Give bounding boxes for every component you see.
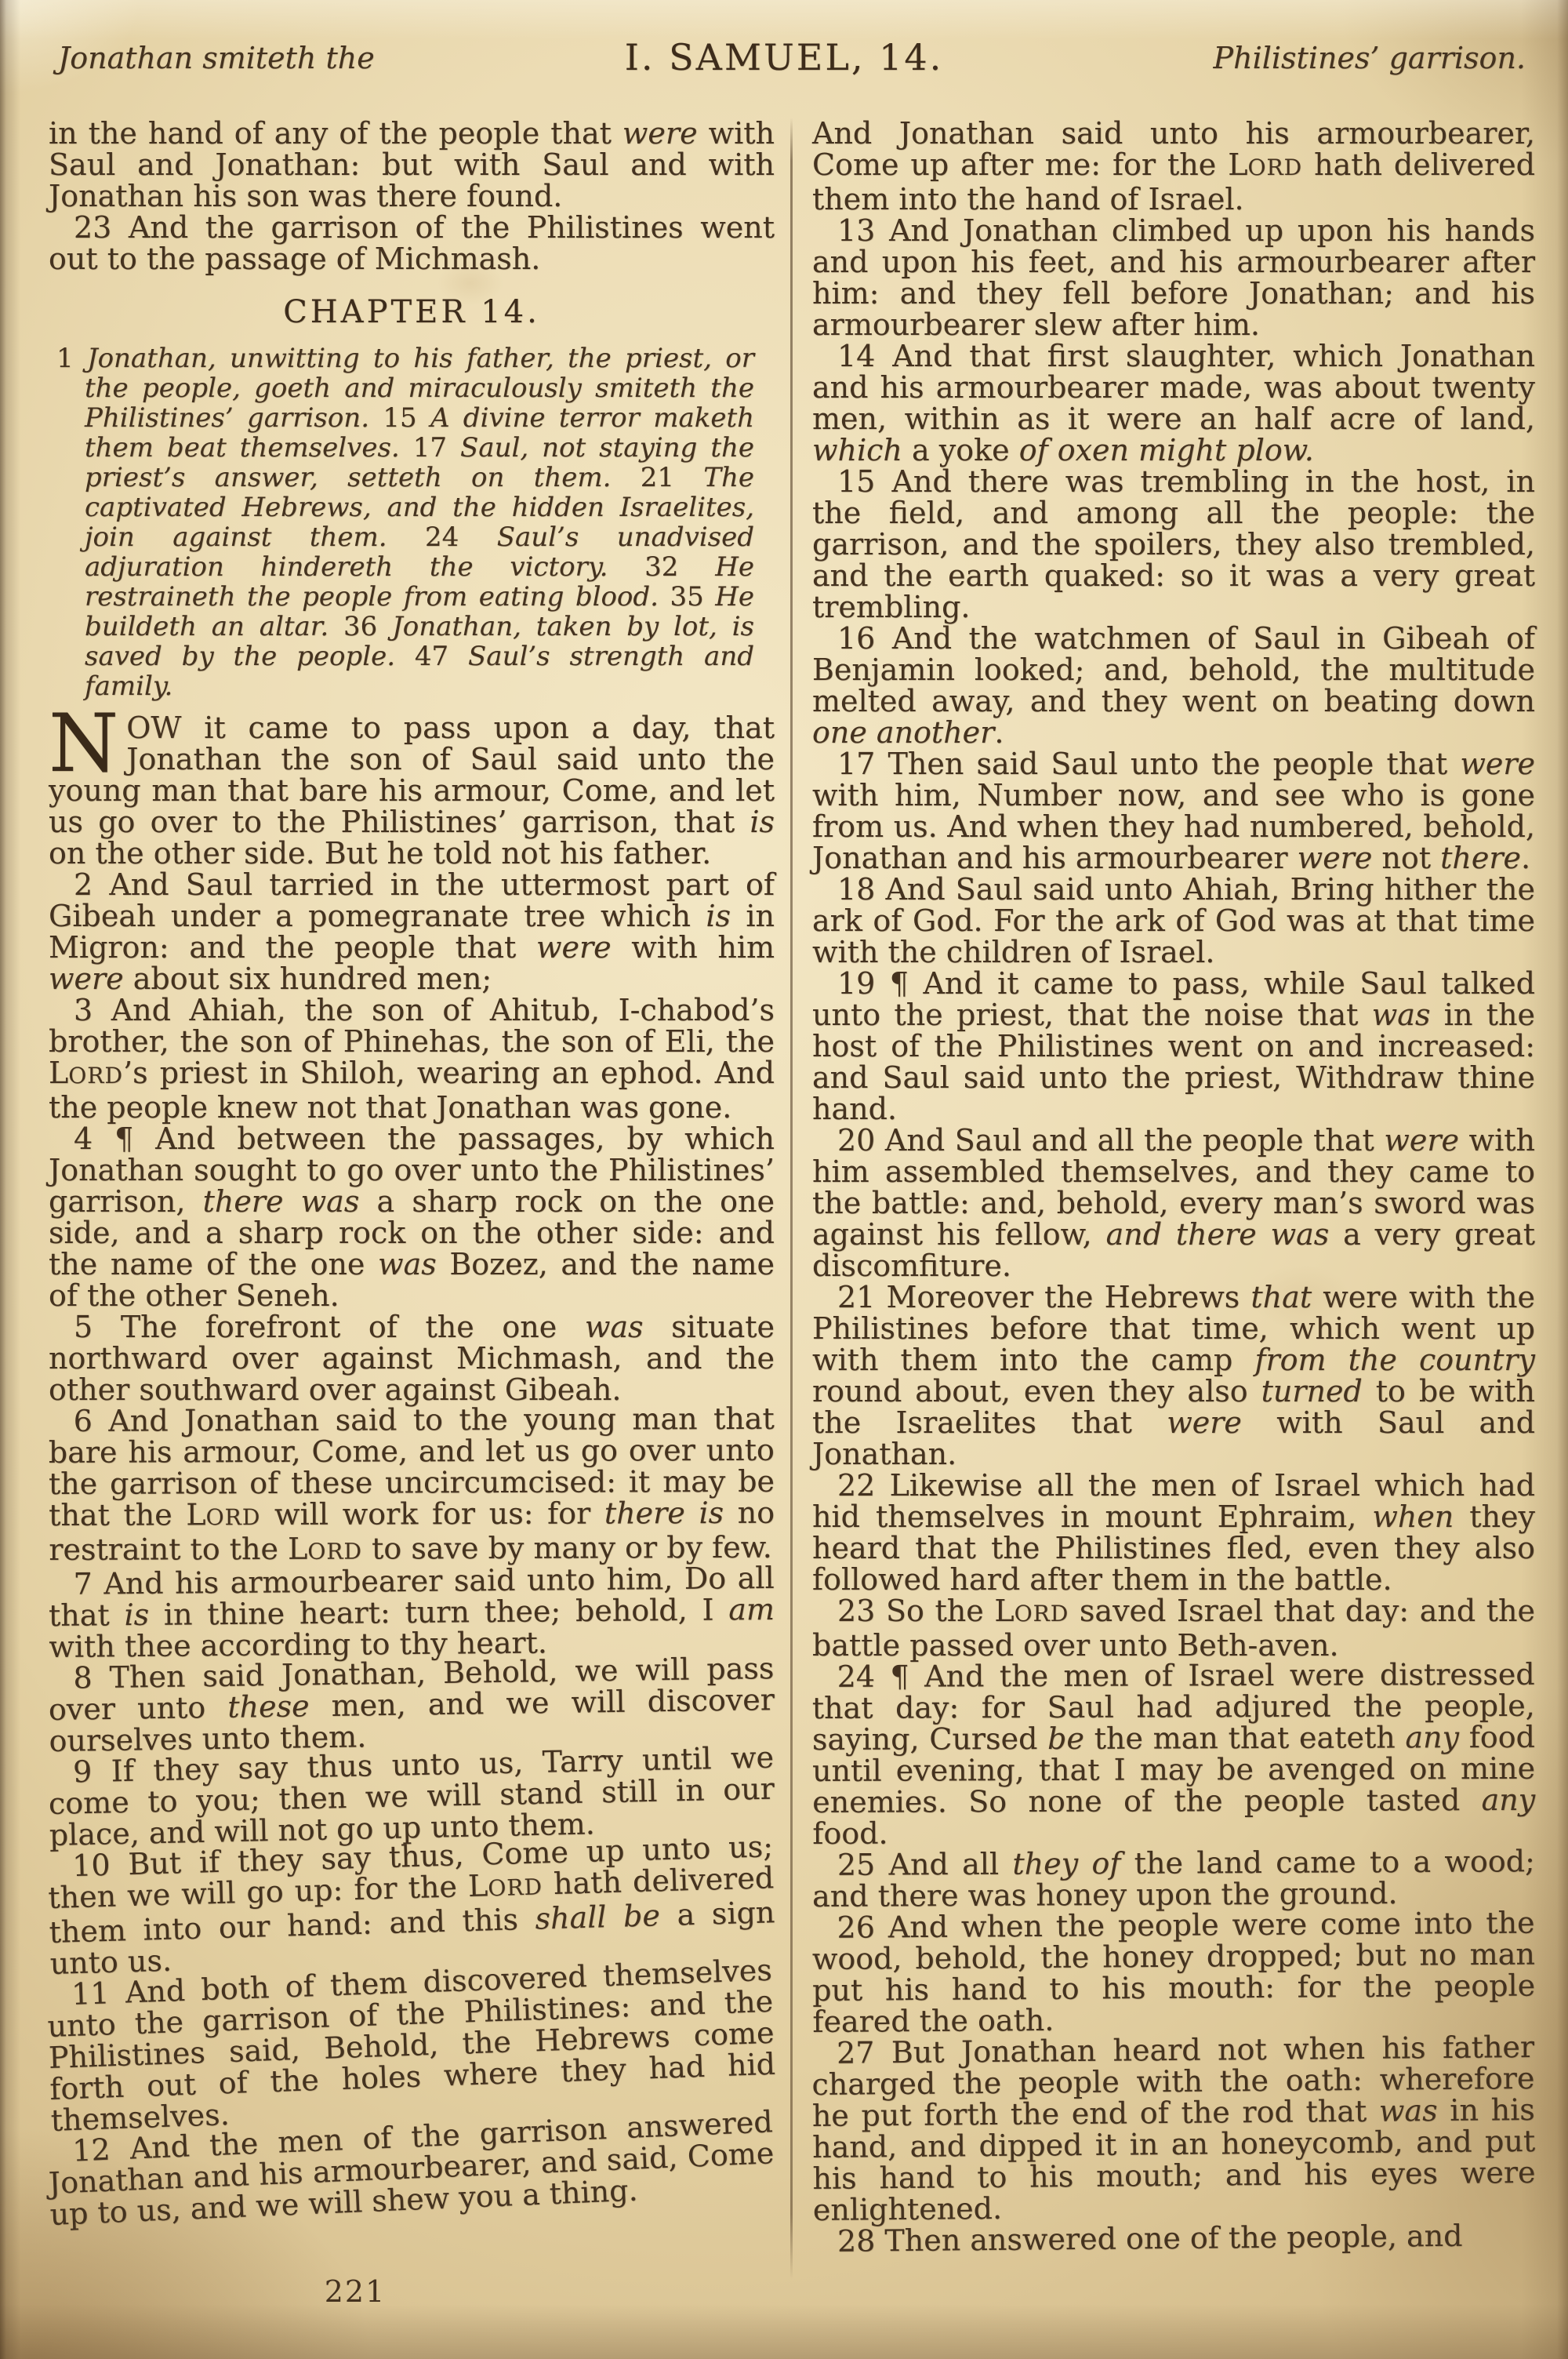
text-run: 23 So the L	[837, 1594, 1014, 1628]
verse-14-28: 28 Then answered one of the people, and	[812, 2219, 1535, 2257]
running-head-right: Philistines’ garrison.	[1214, 41, 1526, 75]
text-run: 20 And Saul and all the people that	[837, 1123, 1384, 1158]
italic-text-run: turned	[1261, 1374, 1363, 1408]
text-run: 26 And when the people were come into th…	[812, 1906, 1536, 2039]
verse-14-15: 15 And there was trembling in the host, …	[812, 466, 1535, 623]
book-title: I. SAMUEL, 14.	[625, 36, 944, 78]
verse-14-13: 13 And Jonathan climbed up upon his hand…	[812, 215, 1535, 340]
text-run: 47	[415, 641, 468, 672]
verse-14-5: 5 The forefront of the one was situate n…	[49, 1311, 775, 1405]
verse-14-12-continuation: And Jonathan said unto his armourbearer,…	[812, 118, 1535, 215]
verse-14-16: 16 And the watchmen of Saul in Gibeah of…	[812, 623, 1535, 748]
text-run: not	[1372, 841, 1440, 875]
drop-cap: N	[49, 714, 118, 775]
text-run: in the hand of any of the people that	[49, 116, 622, 151]
text-run: 14 And that first slaughter, which Jonat…	[812, 339, 1535, 436]
verse-14-8: 8 Then said Jonathan, Behold, we will pa…	[48, 1652, 775, 1757]
italic-text-run: were	[49, 961, 124, 996]
verse-14-1: NOW it came to pass upon a day, that Jon…	[49, 712, 775, 869]
text-column-left: in the hand of any of the people that we…	[49, 118, 775, 2230]
text-run: 23 And the garrison of the Philistines w…	[49, 210, 775, 276]
italic-text-run: of oxen might plow.	[1019, 433, 1314, 467]
italic-text-run: were	[1384, 1123, 1459, 1158]
verse-14-3: 3 And Ahiah, the son of Ahitub, I-chabod…	[49, 994, 775, 1123]
text-run: 36	[343, 611, 392, 642]
text-column-right: And Jonathan said unto his armourbearer,…	[812, 118, 1535, 2257]
italic-text-run: any	[1482, 1783, 1536, 1817]
text-run: a yoke	[902, 433, 1019, 467]
text-run: with him	[612, 930, 775, 965]
verse-14-17: 17 Then said Saul unto the people that w…	[812, 748, 1535, 874]
small-caps-lord: ORD	[307, 1539, 362, 1565]
text-run: 2 And Saul tarried in the uttermost part…	[49, 867, 775, 933]
italic-text-run: these	[227, 1688, 310, 1724]
text-run: 1	[56, 343, 87, 374]
italic-text-run: were	[1167, 1405, 1242, 1440]
chapter-summary: 1 Jonathan, unwitting to his father, the…	[56, 343, 754, 701]
text-run: 21	[641, 462, 704, 493]
text-run: 13 And Jonathan climbed up upon his hand…	[812, 213, 1535, 342]
italic-text-run: was	[1372, 998, 1431, 1032]
drop-cap-lead: OW	[126, 711, 181, 745]
text-run: the man that eateth	[1084, 1720, 1406, 1755]
verse-14-23: 23 So the LORD saved Israel that day: an…	[812, 1595, 1535, 1661]
small-caps-lord: ORD	[1247, 154, 1302, 180]
verse-14-14: 14 And that first slaughter, which Jonat…	[812, 340, 1535, 466]
running-head-left: Jonathan smiteth the	[58, 41, 375, 75]
text-run: will work for us: for	[260, 1496, 604, 1532]
verse-13-22-continuation: in the hand of any of the people that we…	[49, 118, 775, 212]
italic-text-run: were	[1298, 841, 1373, 875]
page: Jonathan smiteth the I. SAMUEL, 14. Phil…	[0, 0, 1568, 2359]
italic-text-run: from the country	[1254, 1343, 1535, 1377]
text-run: 15	[383, 402, 430, 434]
text-run: 16 And the watchmen of Saul in Gibeah of…	[812, 621, 1535, 718]
italic-text-run: shall be	[535, 1898, 661, 1936]
text-run: 5 The forefront of the one	[74, 1310, 585, 1344]
chapter-heading: CHAPTER 14.	[49, 296, 775, 328]
text-run: 32	[644, 551, 715, 583]
italic-text-run: was	[1379, 2093, 1438, 2128]
italic-text-run: is	[124, 1598, 149, 1632]
column-divider-rule	[790, 118, 793, 2279]
text-run: 28 Then answered one of the people, and	[837, 2219, 1463, 2259]
verse-14-26: 26 And when the people were come into th…	[811, 1907, 1535, 2037]
text-run: 18 And Saul said unto Ahiah, Bring hithe…	[812, 872, 1535, 969]
verse-14-24: 24 ¶ And the men of Israel were distress…	[812, 1659, 1536, 1849]
small-caps-lord: ORD	[206, 1504, 261, 1530]
italic-text-run: and there was	[1106, 1217, 1330, 1252]
text-run: 25 And all	[837, 1847, 1013, 1882]
text-run: on the other side. But he told not his f…	[49, 836, 711, 871]
italic-text-run: there	[1440, 841, 1521, 875]
text-run: 17 Then said Saul unto the people that	[837, 747, 1460, 781]
text-run: .	[1521, 841, 1530, 875]
text-run: about six hundred men;	[124, 961, 492, 996]
italic-text-run: there was	[203, 1184, 360, 1219]
verse-14-19: 19 ¶ And it came to pass, while Saul tal…	[812, 968, 1535, 1125]
verse-14-25: 25 And all they of the land came to a wo…	[812, 1845, 1535, 1912]
text-run: 35	[670, 581, 715, 612]
italic-text-run: am	[728, 1592, 775, 1627]
italic-text-run: was	[585, 1310, 644, 1344]
small-caps-lord: ORD	[68, 1063, 123, 1089]
italic-text-run: be	[1047, 1721, 1084, 1756]
italic-text-run: one another	[812, 715, 994, 750]
italic-text-run: when	[1372, 1499, 1454, 1534]
italic-text-run: which	[812, 433, 902, 467]
text-run: .	[994, 715, 1004, 750]
italic-text-run: that	[1250, 1280, 1312, 1314]
italic-text-run: was	[378, 1247, 437, 1281]
verse-14-4: 4 ¶ And between the passages, by which J…	[49, 1123, 775, 1311]
italic-text-run: is	[750, 805, 775, 839]
italic-text-run: were	[622, 116, 698, 151]
text-run: 21 Moreover the Hebrews	[837, 1280, 1250, 1314]
text-run: 15 And there was trembling in the host, …	[812, 464, 1535, 624]
verse-14-6: 6 And Jonathan said to the young man tha…	[49, 1403, 775, 1568]
italic-text-run: is	[706, 899, 731, 933]
verse-14-22: 22 Likewise all the men of Israel which …	[812, 1470, 1535, 1595]
italic-text-run: any	[1405, 1720, 1459, 1754]
verse-13-23: 23 And the garrison of the Philistines w…	[49, 212, 775, 274]
italic-text-run: they of	[1012, 1846, 1120, 1881]
verse-14-2: 2 And Saul tarried in the uttermost part…	[49, 869, 775, 994]
italic-text-run: were	[1460, 747, 1535, 781]
page-number: 221	[292, 2274, 418, 2309]
text-run: round about, even they also	[812, 1374, 1261, 1408]
verse-14-18: 18 And Saul said unto Ahiah, Bring hithe…	[812, 874, 1535, 968]
small-caps-lord: ORD	[488, 1874, 543, 1901]
text-run: 17	[413, 432, 460, 463]
verse-14-27: 27 But Jonathan heard not when his fathe…	[811, 2031, 1536, 2226]
italic-text-run: there is	[604, 1496, 724, 1531]
text-run: food.	[812, 1816, 887, 1851]
text-run: 24	[425, 522, 497, 553]
verse-14-21: 21 Moreover the Hebrews that were with t…	[812, 1281, 1535, 1470]
italic-text-run: were	[536, 930, 612, 965]
verse-14-7: 7 And his armourbearer said unto him, Do…	[48, 1562, 775, 1663]
verse-14-20: 20 And Saul and all the people that were…	[812, 1125, 1535, 1281]
text-run: ’s priest in Shiloh, wearing an ephod. A…	[49, 1056, 775, 1125]
small-caps-lord: ORD	[1014, 1601, 1069, 1627]
running-head: Jonathan smiteth the I. SAMUEL, 14. Phil…	[0, 0, 1568, 94]
